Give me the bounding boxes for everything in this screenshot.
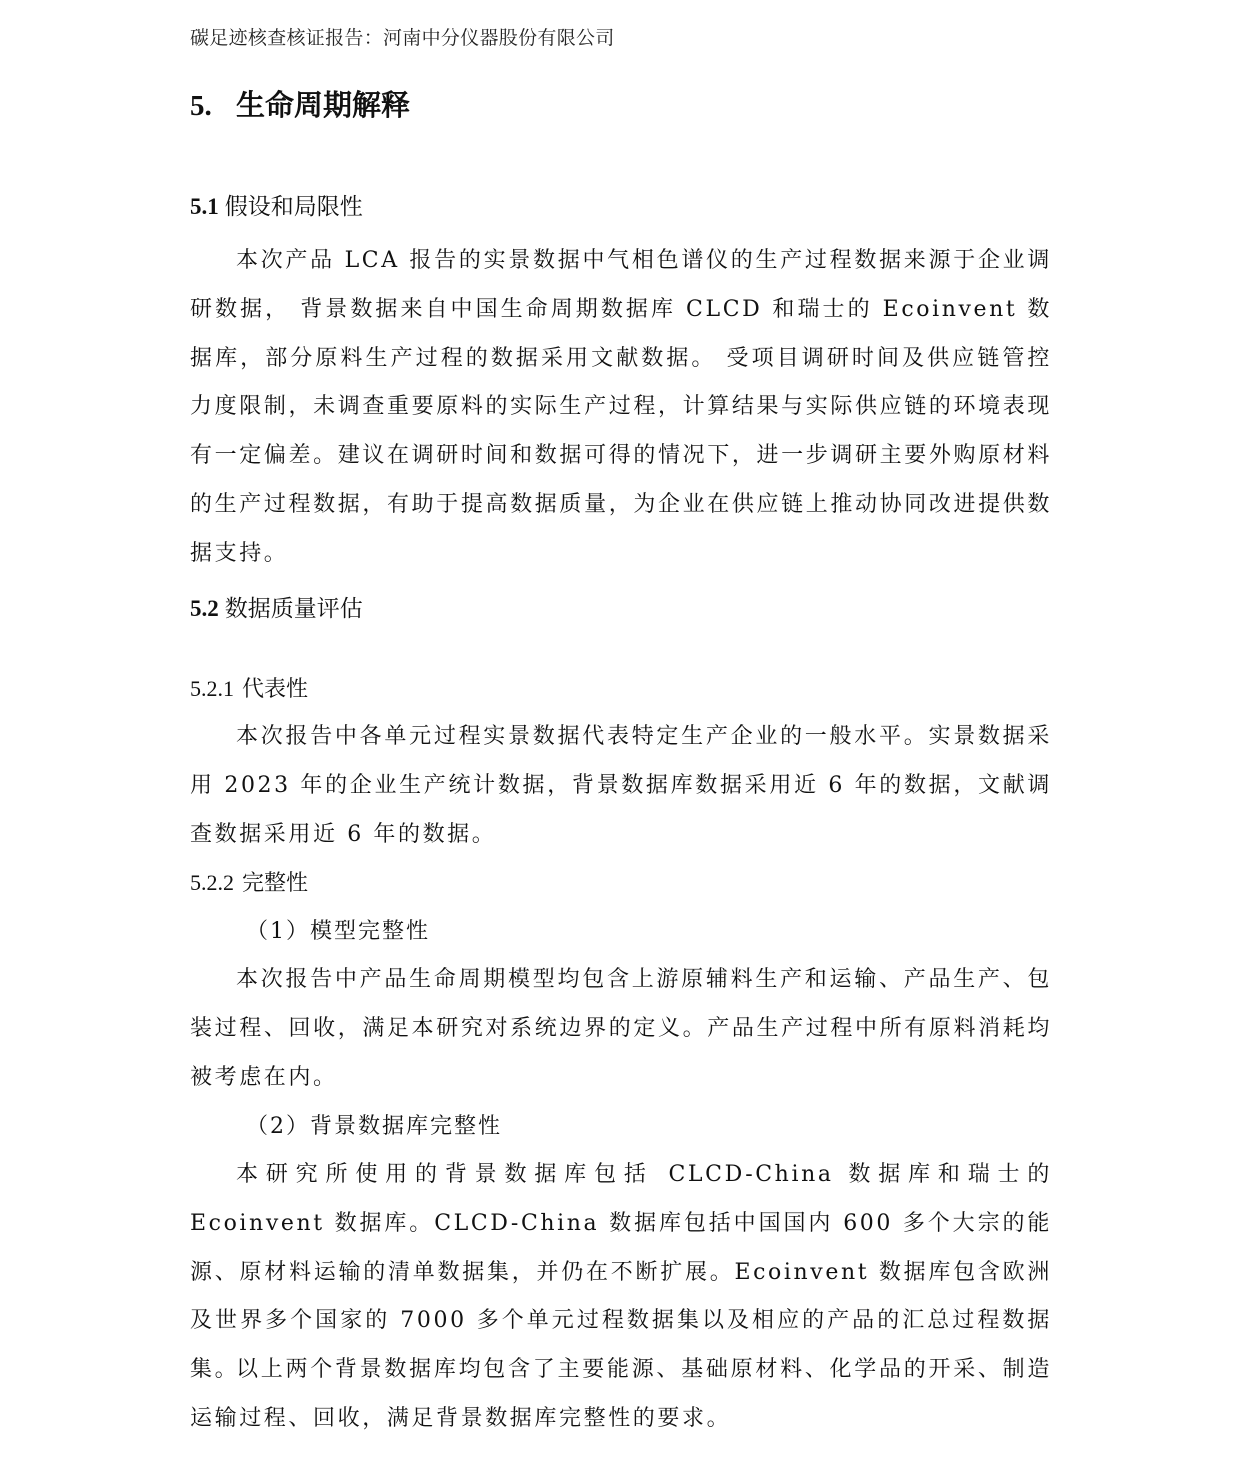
subsubsection-title: 完整性 bbox=[242, 871, 308, 896]
subsection-number: 5.2 bbox=[190, 596, 219, 621]
document-page: 碳足迹核查核证报告：河南中分仪器股份有限公司 5.生命周期解释 5.1假设和局限… bbox=[0, 0, 1240, 1458]
subsubsection-number: 5.2.1 bbox=[190, 676, 234, 701]
subsubsection-heading-5-2-1: 5.2.1代表性 bbox=[190, 674, 308, 705]
subsubsection-heading-5-2-2: 5.2.2完整性 bbox=[190, 868, 308, 899]
subsection-number: 5.1 bbox=[190, 194, 219, 219]
item-heading-database-completeness: （2）背景数据库完整性 bbox=[246, 1112, 502, 1142]
running-header: 碳足迹核查核证报告：河南中分仪器股份有限公司 bbox=[190, 26, 615, 50]
paragraph-database-completeness-2: 以上两个背景数据库均包含了主要能源、基础原材料、化学品的开采、制造运输过程、回收… bbox=[190, 1346, 1052, 1444]
item-heading-model-completeness: （1）模型完整性 bbox=[246, 917, 430, 947]
subsection-heading-5-1: 5.1假设和局限性 bbox=[190, 192, 363, 222]
subsection-heading-5-2: 5.2数据质量评估 bbox=[190, 594, 363, 624]
subsubsection-title: 代表性 bbox=[242, 677, 308, 702]
subsection-title: 数据质量评估 bbox=[225, 596, 363, 622]
section-title: 生命周期解释 bbox=[236, 88, 410, 122]
paragraph-representativeness: 本次报告中各单元过程实景数据代表特定生产企业的一般水平。实景数据采用 2023 … bbox=[190, 713, 1052, 859]
paragraph-assumptions: 本次产品 LCA 报告的实景数据中气相色谱仪的生产过程数据来源于企业调研数据， … bbox=[190, 237, 1052, 579]
section-heading: 5.生命周期解释 bbox=[190, 86, 410, 125]
subsubsection-number: 5.2.2 bbox=[190, 870, 234, 895]
paragraph-model-completeness: 本次报告中产品生命周期模型均包含上游原辅料生产和运输、产品生产、包装过程、回收，… bbox=[190, 956, 1052, 1102]
subsection-title: 假设和局限性 bbox=[225, 194, 363, 220]
section-number: 5. bbox=[190, 87, 236, 125]
